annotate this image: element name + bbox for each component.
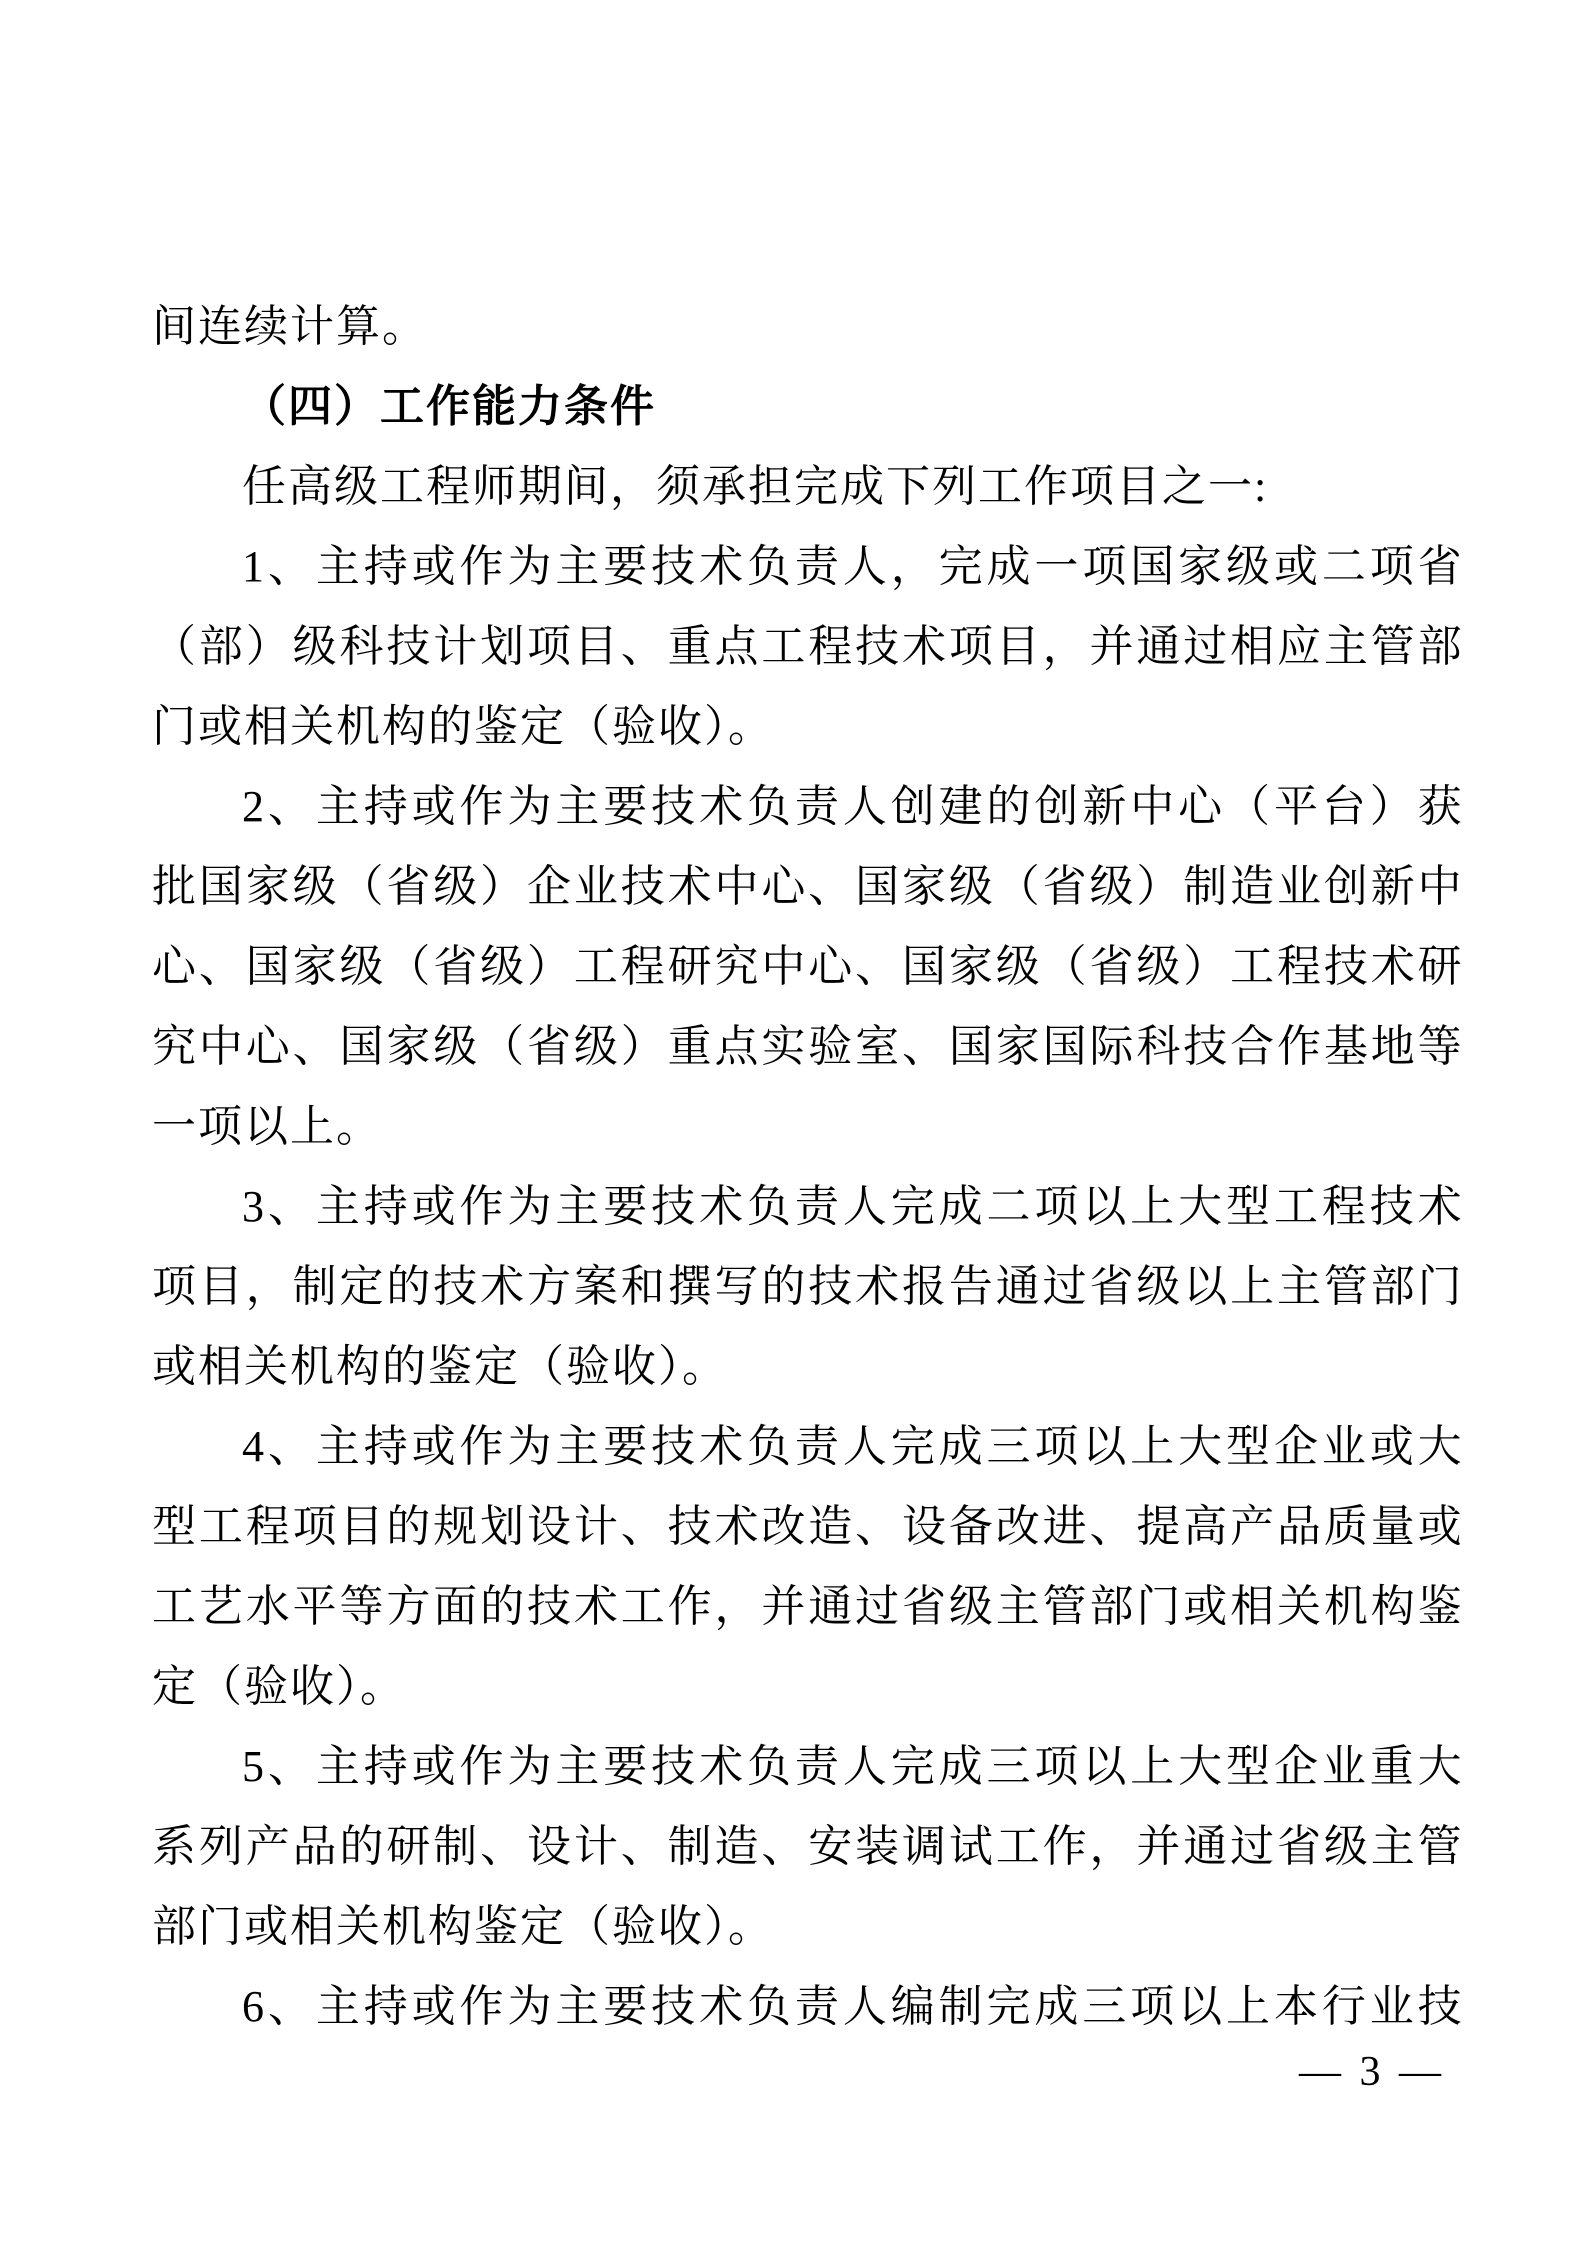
list-item-1-line: 门或相关机构的鉴定（验收）。 [152,687,1462,767]
list-item-2-line: 一项以上。 [152,1087,1462,1167]
list-item-1-line: （部）级科技计划项目、重点工程技术项目，并通过相应主管部 [152,607,1462,687]
list-item-4-line: 型工程项目的规划设计、技术改造、设备改进、提高产品质量或 [152,1487,1462,1567]
list-item-4-line: 4、主持或作为主要技术负责人完成三项以上大型企业或大 [152,1407,1462,1487]
list-item-3-line: 或相关机构的鉴定（验收）。 [152,1327,1462,1407]
list-item-5-line: 系列产品的研制、设计、制造、安装调试工作，并通过省级主管 [152,1807,1462,1887]
paragraph-tail-line: 间连续计算。 [152,287,1462,367]
list-item-4-line: 工艺水平等方面的技术工作，并通过省级主管部门或相关机构鉴 [152,1567,1462,1647]
section-heading: （四）工作能力条件 [152,367,1462,447]
list-item-5-line: 部门或相关机构鉴定（验收）。 [152,1887,1462,1967]
list-item-1-line: 1、主持或作为主要技术负责人，完成一项国家级或二项省 [152,527,1462,607]
list-item-2-line: 批国家级（省级）企业技术中心、国家级（省级）制造业创新中 [152,847,1462,927]
page-number: — 3 — [1299,2042,1445,2102]
list-item-5-line: 5、主持或作为主要技术负责人完成三项以上大型企业重大 [152,1727,1462,1807]
list-item-2-line: 心、国家级（省级）工程研究中心、国家级（省级）工程技术研 [152,927,1462,1007]
list-item-6-line: 6、主持或作为主要技术负责人编制完成三项以上本行业技 [152,1967,1462,2047]
document-page: 间连续计算。（四）工作能力条件任高级工程师期间，须承担完成下列工作项目之一:1、… [0,0,1587,2245]
list-item-2-line: 究中心、国家级（省级）重点实验室、国家国际科技合作基地等 [152,1007,1462,1087]
list-item-3-line: 项目，制定的技术方案和撰写的技术报告通过省级以上主管部门 [152,1247,1462,1327]
paragraph-intro-line: 任高级工程师期间，须承担完成下列工作项目之一: [152,447,1462,527]
list-item-3-line: 3、主持或作为主要技术负责人完成二项以上大型工程技术 [152,1167,1462,1247]
list-item-2-line: 2、主持或作为主要技术负责人创建的创新中心（平台）获 [152,767,1462,847]
list-item-4-line: 定（验收）。 [152,1647,1462,1727]
document-body: 间连续计算。（四）工作能力条件任高级工程师期间，须承担完成下列工作项目之一:1、… [152,287,1462,2047]
